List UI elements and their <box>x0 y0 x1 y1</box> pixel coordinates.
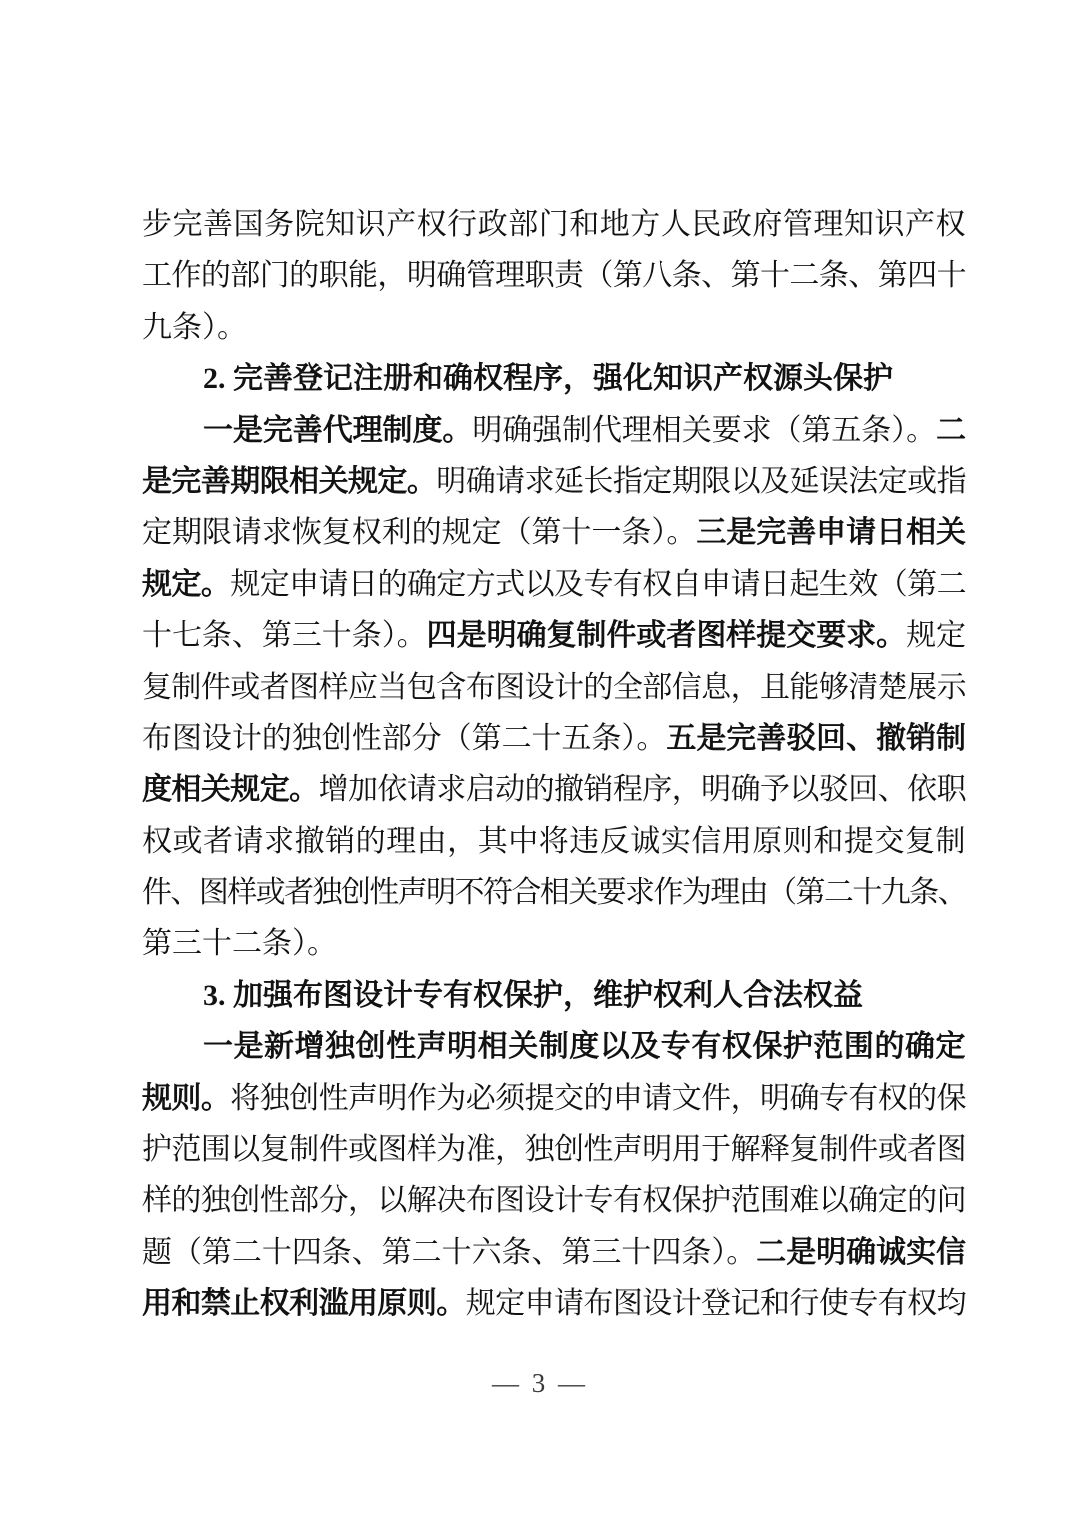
text-line-content: 样的独创性部分，以解决布图设计专有权保护范围难以确定的问 <box>142 1184 966 1217</box>
emphasis-text: 3. 加强布图设计专有权保护，维护权利人合法权益 <box>203 979 863 1012</box>
body-text: 布图设计的独创性部分（第二十五条）。 <box>142 722 666 755</box>
text-line: 定期限请求恢复权利的规定（第十一条）。三是完善申请日相关 <box>142 507 966 558</box>
text-line-content: 题（第二十四条、第二十六条、第三十四条）。二是明确诚实信 <box>142 1236 966 1269</box>
text-line-content: 护范围以复制件或图样为准，独创性声明用于解释复制件或者图 <box>142 1133 966 1166</box>
emphasis-text: 一是新增独创性声明相关制度以及专有权保护范围的确定 <box>203 1030 966 1063</box>
document-body: 步完善国务院知识产权行政部门和地方人民政府管理知识产权工作的部门的职能，明确管理… <box>142 199 966 1330</box>
body-text: 将独创性声明作为必须提交的申请文件，明确专有权的保 <box>230 1082 966 1115</box>
text-line-content: 一是新增独创性声明相关制度以及专有权保护范围的确定 <box>203 1030 966 1063</box>
text-line: 第三十二条）。 <box>142 918 966 969</box>
text-line: 3. 加强布图设计专有权保护，维护权利人合法权益 <box>142 970 966 1021</box>
text-line-content: 九条）。 <box>142 311 247 344</box>
emphasis-text: 规则。 <box>142 1082 230 1115</box>
emphasis-text: 2. 完善登记注册和确权程序，强化知识产权源头保护 <box>203 362 893 395</box>
text-line: 规则。将独创性声明作为必须提交的申请文件，明确专有权的保 <box>142 1073 966 1124</box>
body-text: 十七条、第三十条）。 <box>142 619 427 652</box>
body-text: 样的独创性部分，以解决布图设计专有权保护范围难以确定的问 <box>142 1184 966 1217</box>
text-line-content: 权或者请求撤销的理由，其中将违反诚实信用原则和提交复制 <box>142 825 966 858</box>
text-line-content: 定期限请求恢复权利的规定（第十一条）。三是完善申请日相关 <box>142 516 966 549</box>
body-text: 题（第二十四条、第二十六条、第三十四条）。 <box>142 1236 756 1269</box>
text-line: 是完善期限相关规定。明确请求延长指定期限以及延误法定或指 <box>142 456 966 507</box>
text-line: 用和禁止权利滥用原则。规定申请布图设计登记和行使专有权均 <box>142 1278 966 1329</box>
page-number: — 3 — <box>0 1368 1080 1399</box>
body-text: 复制件或者图样应当包含布图设计的全部信息，且能够清楚展示 <box>142 671 966 704</box>
emphasis-text: 是完善期限相关规定。 <box>142 465 436 498</box>
text-line-content: 十七条、第三十条）。四是明确复制件或者图样提交要求。规定 <box>142 619 966 652</box>
text-line: 度相关规定。增加依请求启动的撤销程序，明确予以驳回、依职 <box>142 764 966 815</box>
body-text: 九条）。 <box>142 311 247 344</box>
emphasis-text: 四是明确复制件或者图样提交要求。 <box>427 619 906 652</box>
body-text: 规定申请布图设计登记和行使专有权均 <box>466 1287 966 1320</box>
text-line-content: 3. 加强布图设计专有权保护，维护权利人合法权益 <box>203 979 863 1012</box>
text-line-content: 是完善期限相关规定。明确请求延长指定期限以及延误法定或指 <box>142 465 966 498</box>
text-line-content: 2. 完善登记注册和确权程序，强化知识产权源头保护 <box>203 362 893 395</box>
body-text: 定期限请求恢复权利的规定（第十一条）。 <box>142 516 696 549</box>
text-line: 2. 完善登记注册和确权程序，强化知识产权源头保护 <box>142 353 966 404</box>
text-line: 步完善国务院知识产权行政部门和地方人民政府管理知识产权 <box>142 199 966 250</box>
body-text: 护范围以复制件或图样为准，独创性声明用于解释复制件或者图 <box>142 1133 966 1166</box>
body-text: 明确强制代理相关要求（第五条）。 <box>472 414 936 447</box>
text-line-content: 工作的部门的职能，明确管理职责（第八条、第十二条、第四十 <box>142 259 966 292</box>
emphasis-text: 规定。 <box>142 568 230 601</box>
emphasis-text: 三是完善申请日相关 <box>696 516 966 549</box>
body-text: 增加依请求启动的撤销程序，明确予以驳回、依职 <box>319 773 966 806</box>
text-line: 一是新增独创性声明相关制度以及专有权保护范围的确定 <box>142 1021 966 1072</box>
text-line-content: 一是完善代理制度。明确强制代理相关要求（第五条）。二 <box>203 414 966 447</box>
body-text: 明确请求延长指定期限以及延误法定或指 <box>436 465 966 498</box>
text-line-content: 度相关规定。增加依请求启动的撤销程序，明确予以驳回、依职 <box>142 773 966 806</box>
body-text: 第三十二条）。 <box>142 927 337 960</box>
text-line: 九条）。 <box>142 302 966 353</box>
text-line-content: 步完善国务院知识产权行政部门和地方人民政府管理知识产权 <box>142 208 966 241</box>
text-line: 布图设计的独创性部分（第二十五条）。五是完善驳回、撤销制 <box>142 713 966 764</box>
text-line: 工作的部门的职能，明确管理职责（第八条、第十二条、第四十 <box>142 250 966 301</box>
text-line-content: 复制件或者图样应当包含布图设计的全部信息，且能够清楚展示 <box>142 671 966 704</box>
text-line: 十七条、第三十条）。四是明确复制件或者图样提交要求。规定 <box>142 610 966 661</box>
text-line-content: 第三十二条）。 <box>142 927 337 960</box>
text-line-content: 布图设计的独创性部分（第二十五条）。五是完善驳回、撤销制 <box>142 722 966 755</box>
text-line: 护范围以复制件或图样为准，独创性声明用于解释复制件或者图 <box>142 1124 966 1175</box>
body-text: 步完善国务院知识产权行政部门和地方人民政府管理知识产权 <box>142 208 966 241</box>
body-text: 规定 <box>906 619 966 652</box>
text-line: 规定。规定申请日的确定方式以及专有权自申请日起生效（第二 <box>142 559 966 610</box>
body-text: 权或者请求撤销的理由，其中将违反诚实信用原则和提交复制 <box>142 825 966 858</box>
text-line: 件、图样或者独创性声明不符合相关要求作为理由（第二十九条、 <box>142 867 966 918</box>
body-text: 件、图样或者独创性声明不符合相关要求作为理由（第二十九条、 <box>142 876 966 909</box>
text-line-content: 用和禁止权利滥用原则。规定申请布图设计登记和行使专有权均 <box>142 1287 966 1320</box>
emphasis-text: 二是明确诚实信 <box>756 1236 966 1269</box>
text-line: 权或者请求撤销的理由，其中将违反诚实信用原则和提交复制 <box>142 816 966 867</box>
emphasis-text: 五是完善驳回、撤销制 <box>666 722 966 755</box>
text-line-content: 规则。将独创性声明作为必须提交的申请文件，明确专有权的保 <box>142 1082 966 1115</box>
text-line: 题（第二十四条、第二十六条、第三十四条）。二是明确诚实信 <box>142 1227 966 1278</box>
body-text: 规定申请日的确定方式以及专有权自申请日起生效（第二 <box>230 568 966 601</box>
text-line: 复制件或者图样应当包含布图设计的全部信息，且能够清楚展示 <box>142 662 966 713</box>
text-line-content: 件、图样或者独创性声明不符合相关要求作为理由（第二十九条、 <box>142 876 966 909</box>
emphasis-text: 一是完善代理制度。 <box>203 414 472 447</box>
text-line-content: 规定。规定申请日的确定方式以及专有权自申请日起生效（第二 <box>142 568 966 601</box>
emphasis-text: 用和禁止权利滥用原则。 <box>142 1287 466 1320</box>
emphasis-text: 度相关规定。 <box>142 773 319 806</box>
document-page: 步完善国务院知识产权行政部门和地方人民政府管理知识产权工作的部门的职能，明确管理… <box>0 0 1080 1527</box>
text-line: 样的独创性部分，以解决布图设计专有权保护范围难以确定的问 <box>142 1175 966 1226</box>
text-line: 一是完善代理制度。明确强制代理相关要求（第五条）。二 <box>142 405 966 456</box>
emphasis-text: 二 <box>936 414 966 447</box>
body-text: 工作的部门的职能，明确管理职责（第八条、第十二条、第四十 <box>142 259 966 292</box>
